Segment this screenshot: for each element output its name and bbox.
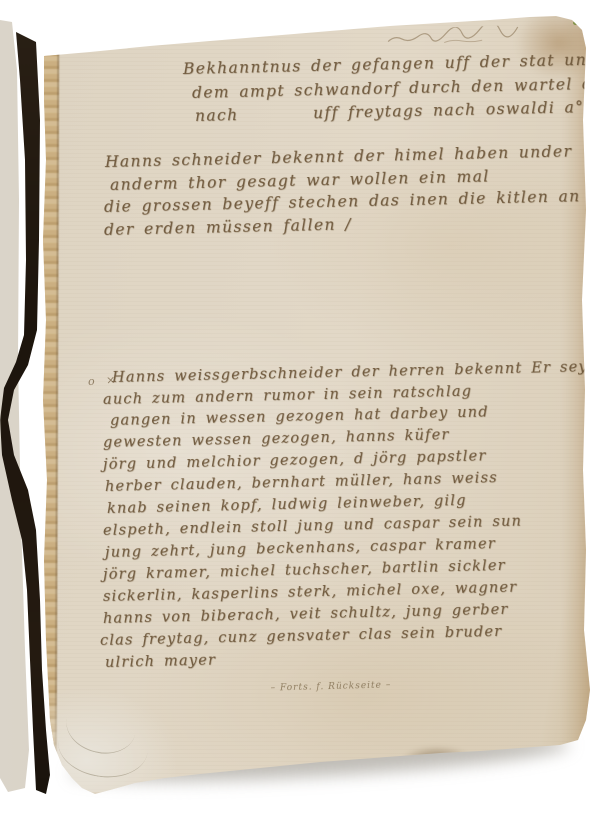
handwritten-line: ulrich mayer bbox=[105, 652, 216, 671]
edge-inscription-squiggle bbox=[386, 24, 537, 47]
footer-annotation: – Forts. f. Rückseite – bbox=[256, 680, 406, 694]
handwritten-line: der erden müssen fallen / bbox=[104, 215, 352, 239]
handwritten-line: Hanns weissgerbschneider der herren beke… bbox=[112, 359, 588, 386]
handwritten-line: herber clauden, bernhart müller, hans we… bbox=[105, 470, 498, 495]
handwritten-line: dem ampt schwandorf durch den wartel die bbox=[192, 75, 600, 102]
handwritten-line: clas freytag, cunz gensvater clas sein b… bbox=[100, 624, 503, 649]
handwritten-line: gangen in wessen gezogen hat darbey und bbox=[110, 404, 489, 429]
handwritten-line: Hanns schneider bekennt der himel haben … bbox=[105, 142, 573, 171]
handwritten-line: knab seinen kopf, ludwig leinweber, gilg bbox=[107, 493, 467, 517]
handwritten-line: jung zehrt, jung beckenhans, caspar kram… bbox=[105, 536, 496, 561]
manuscript-page: Bekhanntnus der gefangen uff der stat un… bbox=[0, 0, 600, 818]
handwritten-line: auch zum andern rumor in sein ratschlag bbox=[103, 384, 473, 408]
green-speck bbox=[573, 21, 578, 25]
handwritten-line: nach uff freytags nach oswaldi a° xciij bbox=[195, 97, 600, 125]
handwritten-line: Bekhanntnus der gefangen uff der stat un… bbox=[183, 51, 599, 78]
right-edge-stain bbox=[562, 8, 596, 748]
handwritten-line: sickerlin, kasperlins sterk, michel oxe,… bbox=[103, 580, 518, 605]
handwritten-line: gewesten wessen gezogen, hanns küfer bbox=[103, 427, 450, 451]
handwritten-line: jörg und melchior gezogen, d jörg papstl… bbox=[103, 448, 487, 473]
handwritten-line: hanns von biberach, veit schultz, jung g… bbox=[103, 602, 509, 627]
handwritten-line: jörg kramer, michel tuchscher, bartlin s… bbox=[103, 558, 506, 583]
manuscript-photo: Bekhanntnus der gefangen uff der stat un… bbox=[0, 0, 600, 818]
handwritten-line: elspeth, endlein stoll jung und caspar s… bbox=[103, 513, 522, 539]
